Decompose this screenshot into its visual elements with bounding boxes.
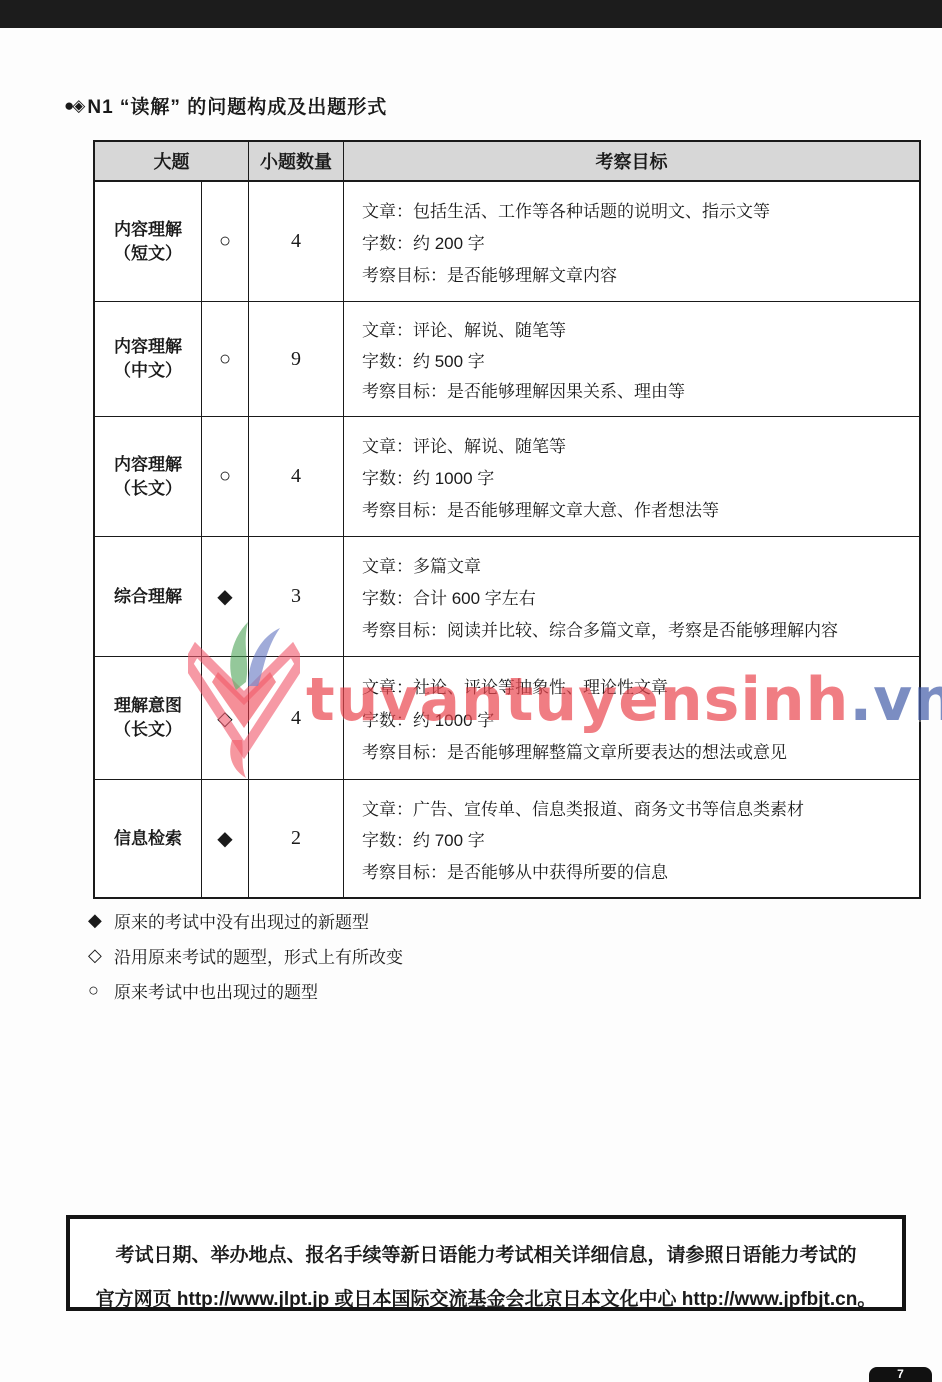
row-name: 综合理解 xyxy=(95,537,202,656)
row-name-main: 内容理解 xyxy=(114,335,182,359)
row-name-sub: （短文） xyxy=(114,242,182,266)
page-number-tab: 7 xyxy=(869,1367,932,1382)
table-row: 内容理解 （短文） ○ 4 文章：包括生活、工作等各种话题的说明文、指示文等 字… xyxy=(95,182,919,302)
filled-diamond-icon: ◆ xyxy=(88,910,114,931)
row-name-sub: （中文） xyxy=(114,359,182,383)
row-name-main: 内容理解 xyxy=(114,453,182,477)
table-header-row: 大题 小题数量 考察目标 xyxy=(95,142,919,182)
row-question-count: 4 xyxy=(249,182,344,301)
row-name: 内容理解 （短文） xyxy=(95,182,202,301)
exam-info-notice-box: 考试日期、举办地点、报名手续等新日语能力考试相关详细信息，请参照日语能力考试的 … xyxy=(66,1215,906,1311)
row-name: 内容理解 （中文） xyxy=(95,302,202,416)
column-header-target: 考察目标 xyxy=(344,142,919,180)
document-page: ●◈ N1 “读解” 的问题构成及出题形式 大题 小题数量 考察目标 内容理解 … xyxy=(0,0,942,1382)
row-type-symbol: ○ xyxy=(202,182,249,301)
legend-text: 原来的考试中没有出现过的新题型 xyxy=(114,908,369,933)
row-name-main: 内容理解 xyxy=(114,218,182,242)
row-name: 内容理解 （长文） xyxy=(95,417,202,536)
symbol-legend: ◆ 原来的考试中没有出现过的新题型 ◇ 沿用原来考试的题型，形式上有所改变 ○ … xyxy=(88,903,403,1008)
target-line: 文章：社论、评论等抽象性、理论性文章 xyxy=(362,673,668,698)
row-target: 文章：广告、宣传单、信息类报道、商务文书等信息类素材 字数：约 700 字 考察… xyxy=(344,780,919,897)
row-target: 文章：包括生活、工作等各种话题的说明文、指示文等 字数：约 200 字 考察目标… xyxy=(344,182,919,301)
page-title: ●◈ N1 “读解” 的问题构成及出题形式 xyxy=(64,92,387,119)
target-line: 字数：约 500 字 xyxy=(362,347,485,372)
column-header-datixing: 大题 xyxy=(95,142,249,180)
legend-item: ○ 原来考试中也出现过的题型 xyxy=(88,973,403,1008)
target-line: 文章：评论、解说、随笔等 xyxy=(362,316,566,341)
table-row: 理解意图 （长文） ◇ 4 文章：社论、评论等抽象性、理论性文章 字数：约 10… xyxy=(95,657,919,780)
legend-item: ◆ 原来的考试中没有出现过的新题型 xyxy=(88,903,403,938)
table-row: 内容理解 （中文） ○ 9 文章：评论、解说、随笔等 字数：约 500 字 考察… xyxy=(95,302,919,417)
target-line: 文章：广告、宣传单、信息类报道、商务文书等信息类素材 xyxy=(362,795,804,820)
row-name-main: 信息检索 xyxy=(114,827,182,851)
exam-structure-table: 大题 小题数量 考察目标 内容理解 （短文） ○ 4 文章：包括生活、工作等各种… xyxy=(93,140,921,899)
row-target: 文章：多篇文章 字数：合计 600 字左右 考察目标：阅读并比较、综合多篇文章，… xyxy=(344,537,919,656)
table-row: 信息检索 ◆ 2 文章：广告、宣传单、信息类报道、商务文书等信息类素材 字数：约… xyxy=(95,780,919,897)
target-line: 考察目标：是否能够理解整篇文章所要表达的想法或意见 xyxy=(362,738,787,763)
target-line: 考察目标：阅读并比较、综合多篇文章，考察是否能够理解内容 xyxy=(362,616,838,641)
scan-top-bar xyxy=(0,0,942,28)
legend-item: ◇ 沿用原来考试的题型，形式上有所改变 xyxy=(88,938,403,973)
page-title-text: N1 “读解” 的问题构成及出题形式 xyxy=(87,92,387,119)
target-line: 考察目标：是否能够理解文章内容 xyxy=(362,261,617,286)
row-name: 理解意图 （长文） xyxy=(95,657,202,779)
hollow-diamond-icon: ◇ xyxy=(88,945,114,966)
row-name-main: 理解意图 xyxy=(114,694,182,718)
row-question-count: 9 xyxy=(249,302,344,416)
legend-text: 原来考试中也出现过的题型 xyxy=(114,978,318,1003)
target-line: 字数：合计 600 字左右 xyxy=(362,584,536,609)
target-line: 考察目标：是否能够理解因果关系、理由等 xyxy=(362,377,685,402)
row-question-count: 2 xyxy=(249,780,344,897)
row-type-symbol: ○ xyxy=(202,417,249,536)
target-line: 考察目标：是否能够从中获得所要的信息 xyxy=(362,858,668,883)
target-line: 考察目标：是否能够理解文章大意、作者想法等 xyxy=(362,496,719,521)
row-name-sub: （长文） xyxy=(114,477,182,501)
row-question-count: 4 xyxy=(249,657,344,779)
target-line: 字数：约 700 字 xyxy=(362,826,485,851)
column-header-count: 小题数量 xyxy=(249,142,344,180)
row-target: 文章：评论、解说、随笔等 字数：约 500 字 考察目标：是否能够理解因果关系、… xyxy=(344,302,919,416)
row-type-symbol: ◇ xyxy=(202,657,249,779)
target-line: 字数：约 1000 字 xyxy=(362,464,494,489)
row-question-count: 4 xyxy=(249,417,344,536)
target-line: 文章：包括生活、工作等各种话题的说明文、指示文等 xyxy=(362,197,770,222)
legend-text: 沿用原来考试的题型，形式上有所改变 xyxy=(114,943,403,968)
notice-line: 官方网页 http://www.jlpt.jp 或日本国际交流基金会北京日本文化… xyxy=(70,1278,902,1322)
row-name-main: 综合理解 xyxy=(114,585,182,609)
row-type-symbol: ○ xyxy=(202,302,249,416)
target-line: 文章：多篇文章 xyxy=(362,552,481,577)
row-question-count: 3 xyxy=(249,537,344,656)
row-name: 信息检索 xyxy=(95,780,202,897)
target-line: 字数：约 200 字 xyxy=(362,229,485,254)
row-target: 文章：社论、评论等抽象性、理论性文章 字数：约 1000 字 考察目标：是否能够… xyxy=(344,657,919,779)
row-type-symbol: ◆ xyxy=(202,537,249,656)
section-bullet-icon: ●◈ xyxy=(64,96,83,116)
row-name-sub: （长文） xyxy=(114,718,182,742)
notice-line: 考试日期、举办地点、报名手续等新日语能力考试相关详细信息，请参照日语能力考试的 xyxy=(70,1234,902,1278)
target-line: 字数：约 1000 字 xyxy=(362,706,494,731)
circle-icon: ○ xyxy=(88,980,114,1001)
table-row: 综合理解 ◆ 3 文章：多篇文章 字数：合计 600 字左右 考察目标：阅读并比… xyxy=(95,537,919,657)
target-line: 文章：评论、解说、随笔等 xyxy=(362,432,566,457)
table-row: 内容理解 （长文） ○ 4 文章：评论、解说、随笔等 字数：约 1000 字 考… xyxy=(95,417,919,537)
row-target: 文章：评论、解说、随笔等 字数：约 1000 字 考察目标：是否能够理解文章大意… xyxy=(344,417,919,536)
row-type-symbol: ◆ xyxy=(202,780,249,897)
page-number: 7 xyxy=(897,1367,904,1381)
